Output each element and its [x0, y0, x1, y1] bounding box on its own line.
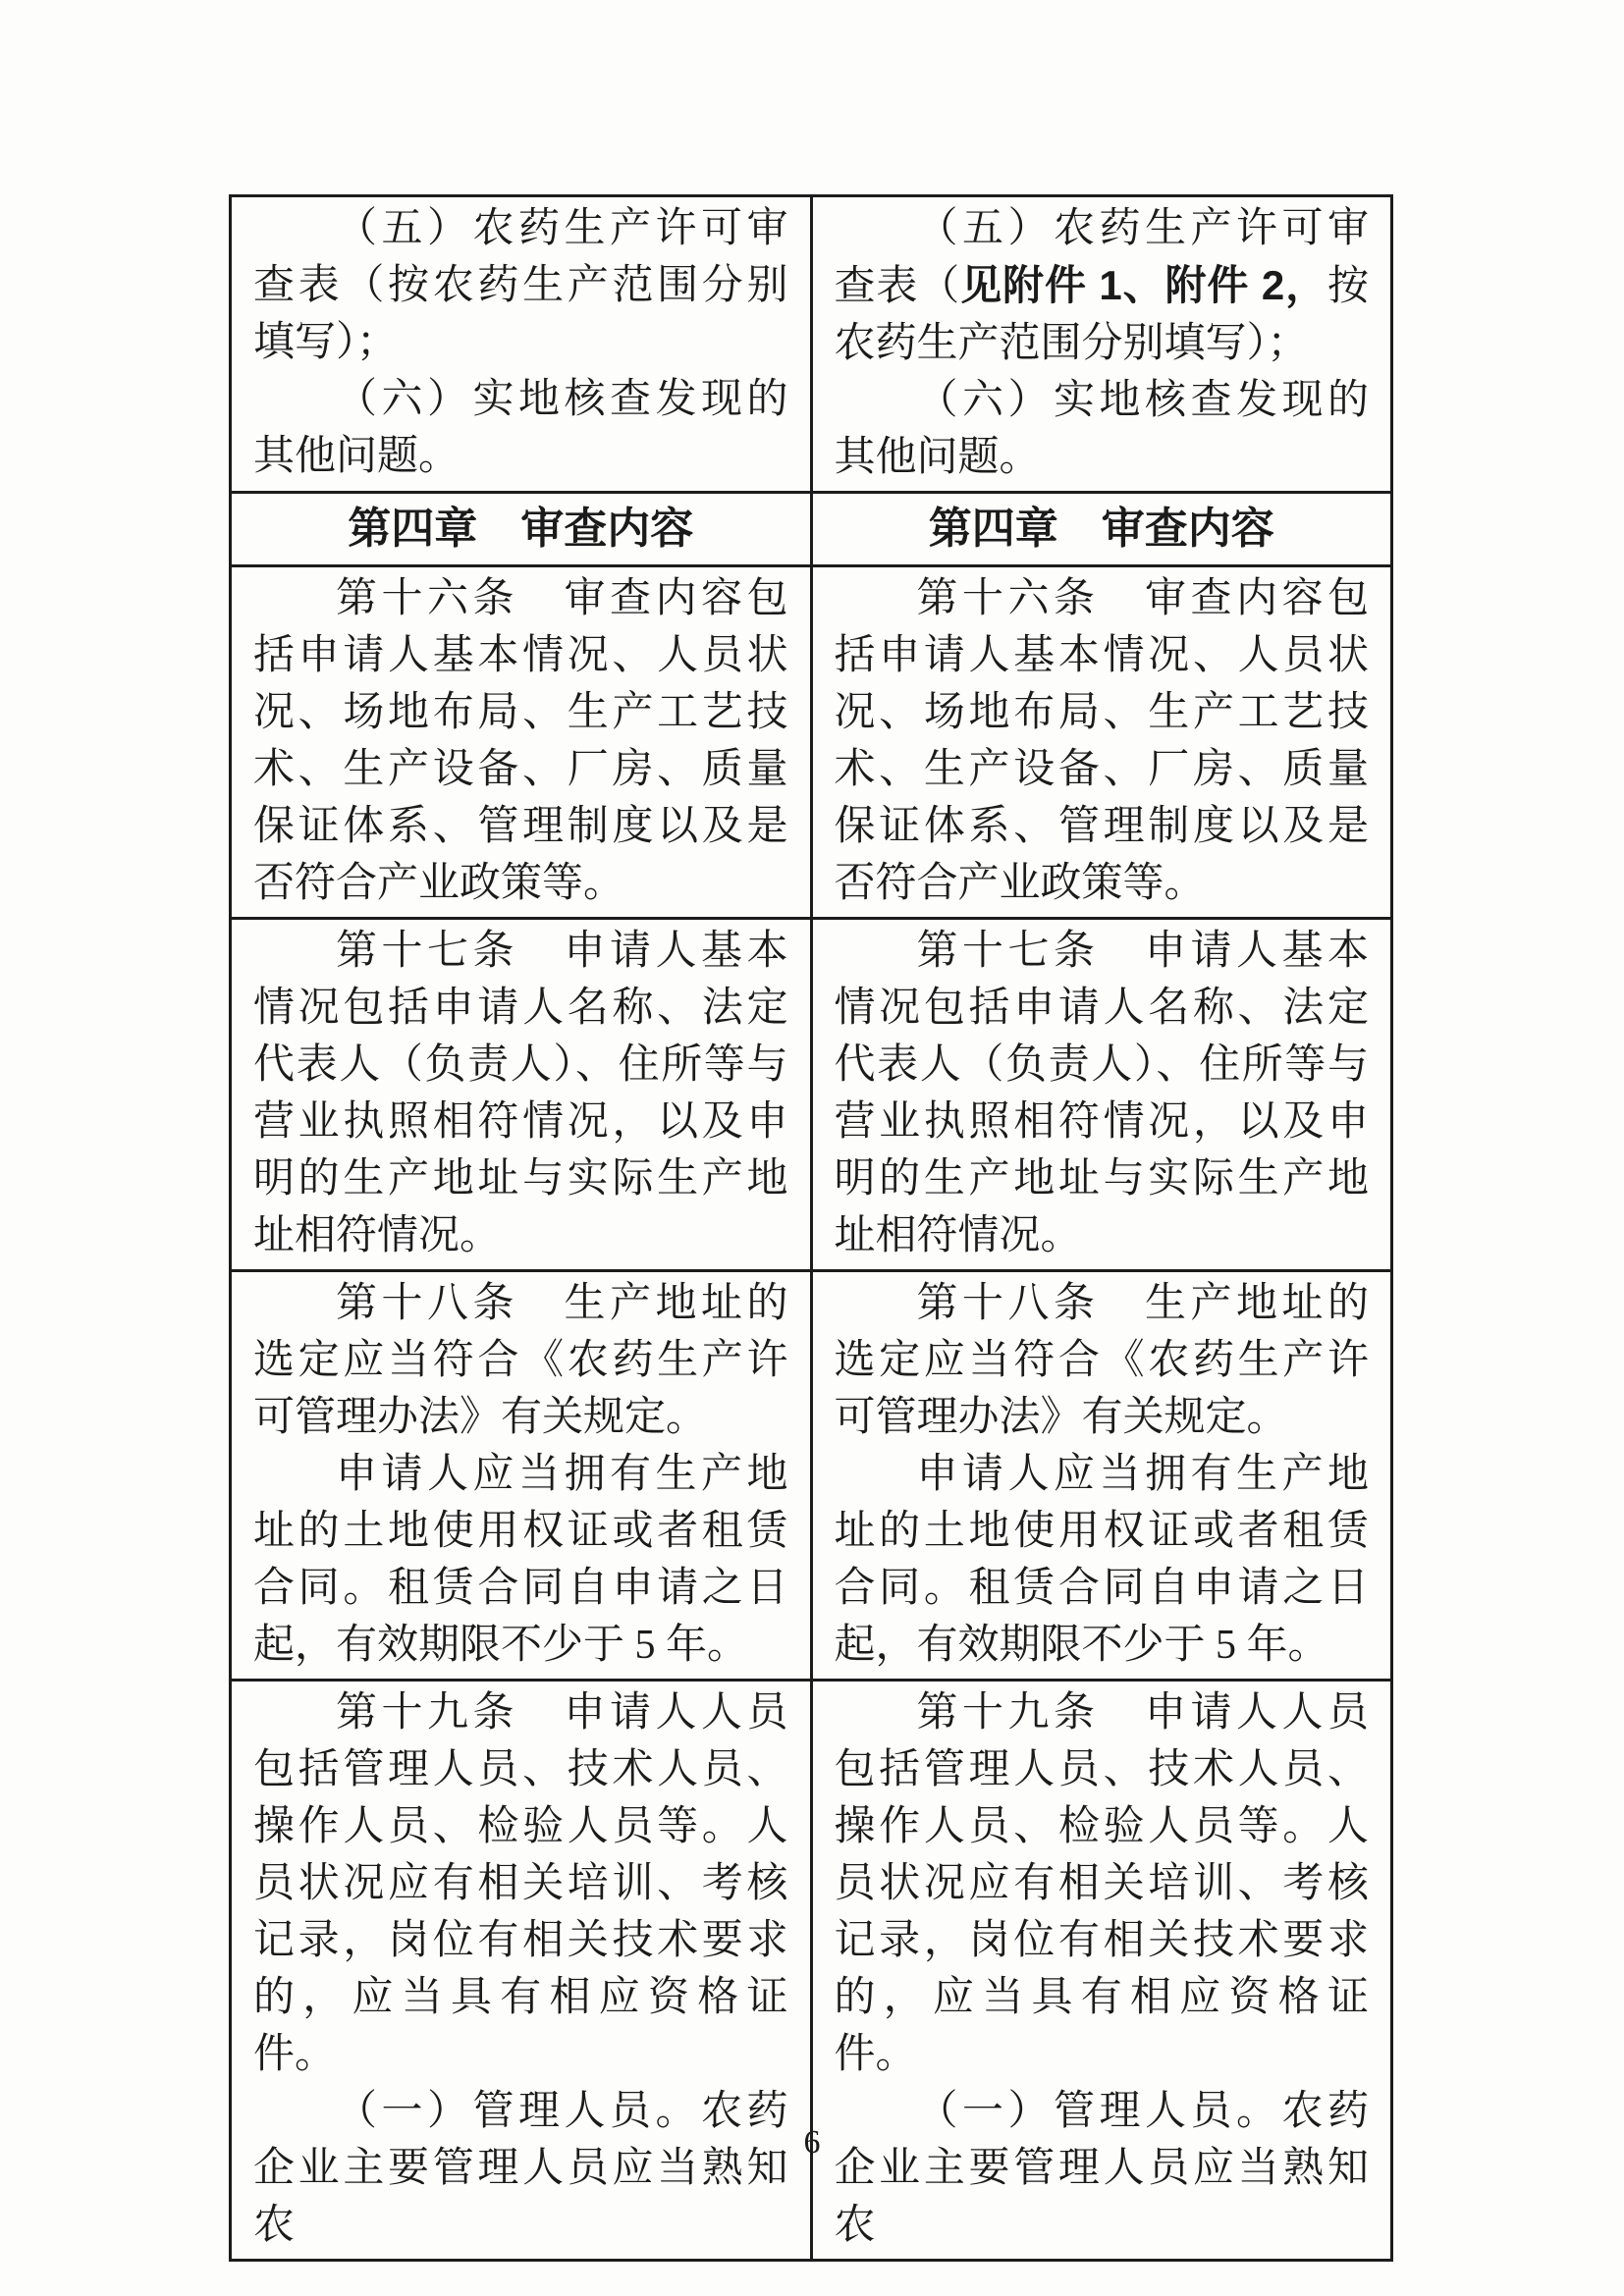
paragraph-article-18-1: 第十八条 生产地址的选定应当符合《农药生产许可管理办法》有关规定。 [253, 1275, 788, 1446]
cell-left-article-17: 第十七条 申请人基本情况包括申请人名称、法定代表人（负责人）、住所等与营业执照相… [231, 919, 812, 1271]
cell-left-article-18: 第十八条 生产地址的选定应当符合《农药生产许可管理办法》有关规定。 申请人应当拥… [231, 1271, 812, 1681]
table-row-article-16: 第十六条 审查内容包括申请人基本情况、人员状况、场地布局、生产工艺技术、生产设备… [231, 566, 1392, 919]
comparison-table: （五）农药生产许可审查表（按农药生产范围分别填写）； （六）实地核查发现的其他问… [229, 194, 1393, 2262]
table-row-article-19: 第十九条 申请人人员包括管理人员、技术人员、操作人员、检验人员等。人员状况应有相… [231, 1681, 1392, 2261]
document-page: （五）农药生产许可审查表（按农药生产范围分别填写）； （六）实地核查发现的其他问… [0, 0, 1624, 2296]
cell-right-chapter-heading: 第四章 审查内容 [811, 493, 1392, 566]
cell-right-article-16: 第十六条 审查内容包括申请人基本情况、人员状况、场地布局、生产工艺技术、生产设备… [811, 566, 1392, 919]
paragraph-article-18-1: 第十八条 生产地址的选定应当符合《农药生产许可管理办法》有关规定。 [835, 1275, 1370, 1446]
cell-left-chapter-heading: 第四章 审查内容 [231, 493, 812, 566]
paragraph-article-18-2: 申请人应当拥有生产地址的土地使用权证或者租赁合同。租赁合同自申请之日起，有效期限… [253, 1446, 788, 1674]
paragraph-item-5: （五）农药生产许可审查表（按农药生产范围分别填写）； [253, 200, 788, 371]
paragraph-article-18-2: 申请人应当拥有生产地址的土地使用权证或者租赁合同。租赁合同自申请之日起，有效期限… [835, 1446, 1370, 1674]
paragraph-item-5: （五）农药生产许可审查表（见附件 1、附件 2，按农药生产范围分别填写）； [835, 200, 1370, 372]
bold-attachment-refs: 见附件 1、附件 2， [960, 262, 1327, 308]
cell-right-article-18: 第十八条 生产地址的选定应当符合《农药生产许可管理办法》有关规定。 申请人应当拥… [811, 1271, 1392, 1681]
table-row-article-18: 第十八条 生产地址的选定应当符合《农药生产许可管理办法》有关规定。 申请人应当拥… [231, 1271, 1392, 1681]
paragraph-article-16: 第十六条 审查内容包括申请人基本情况、人员状况、场地布局、生产工艺技术、生产设备… [835, 570, 1370, 912]
paragraph-article-17: 第十七条 申请人基本情况包括申请人名称、法定代表人（负责人）、住所等与营业执照相… [835, 923, 1370, 1264]
paragraph-article-19-2: （一）管理人员。农药企业主要管理人员应当熟知农 [253, 2083, 788, 2254]
paragraph-article-19-1: 第十九条 申请人人员包括管理人员、技术人员、操作人员、检验人员等。人员状况应有相… [835, 1684, 1370, 2083]
table-row-items-5-6: （五）农药生产许可审查表（按农药生产范围分别填写）； （六）实地核查发现的其他问… [231, 196, 1392, 493]
paragraph-item-6: （六）实地核查发现的其他问题。 [253, 371, 788, 485]
paragraph-item-6: （六）实地核查发现的其他问题。 [835, 372, 1370, 486]
table-row-article-17: 第十七条 申请人基本情况包括申请人名称、法定代表人（负责人）、住所等与营业执照相… [231, 919, 1392, 1271]
cell-left-article-19: 第十九条 申请人人员包括管理人员、技术人员、操作人员、检验人员等。人员状况应有相… [231, 1681, 812, 2261]
cell-right-article-19: 第十九条 申请人人员包括管理人员、技术人员、操作人员、检验人员等。人员状况应有相… [811, 1681, 1392, 2261]
page-number: 6 [0, 2120, 1624, 2165]
table-row-chapter-heading: 第四章 审查内容 第四章 审查内容 [231, 493, 1392, 566]
cell-left-items-5-6: （五）农药生产许可审查表（按农药生产范围分别填写）； （六）实地核查发现的其他问… [231, 196, 812, 493]
paragraph-article-19-1: 第十九条 申请人人员包括管理人员、技术人员、操作人员、检验人员等。人员状况应有相… [253, 1684, 788, 2083]
cell-right-article-17: 第十七条 申请人基本情况包括申请人名称、法定代表人（负责人）、住所等与营业执照相… [811, 919, 1392, 1271]
paragraph-article-17: 第十七条 申请人基本情况包括申请人名称、法定代表人（负责人）、住所等与营业执照相… [253, 923, 788, 1264]
paragraph-article-19-2: （一）管理人员。农药企业主要管理人员应当熟知农 [835, 2083, 1370, 2254]
cell-right-items-5-6: （五）农药生产许可审查表（见附件 1、附件 2，按农药生产范围分别填写）； （六… [811, 196, 1392, 493]
paragraph-article-16: 第十六条 审查内容包括申请人基本情况、人员状况、场地布局、生产工艺技术、生产设备… [253, 570, 788, 912]
cell-left-article-16: 第十六条 审查内容包括申请人基本情况、人员状况、场地布局、生产工艺技术、生产设备… [231, 566, 812, 919]
